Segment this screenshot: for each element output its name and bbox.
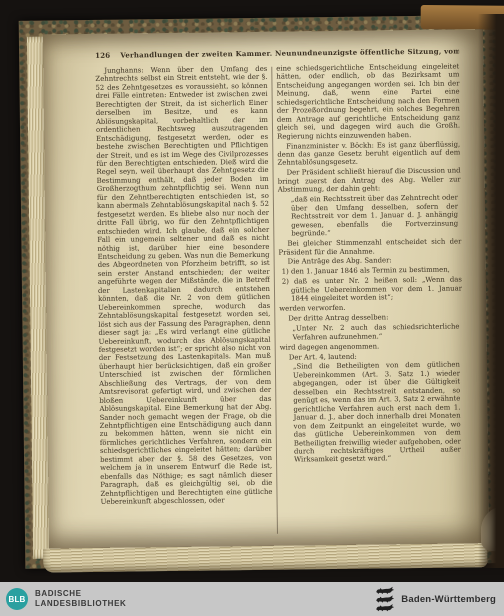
paragraph: wird dagegen angenommen. [280, 341, 463, 352]
paragraph: Finanzminister v. Böckh: Es ist ganz übe… [277, 140, 460, 168]
paragraph: werden verworfen. [279, 303, 462, 314]
page-header: 126 Verhandlungen der zweiten Kammer. Ne… [95, 46, 459, 59]
blb-logo-text: BLB [8, 595, 25, 604]
footer-bar: BLB BADISCHE LANDESBIBLIOTHEK Baden-Würt… [0, 582, 504, 616]
library-name-line2: LANDESBIBLIOTHEK [35, 599, 126, 609]
scanned-page: 126 Verhandlungen der zweiten Kammer. Ne… [43, 29, 489, 548]
library-name-line1: BADISCHE [35, 589, 126, 599]
paragraph: Die Anträge des Abg. Sander: [279, 256, 462, 267]
state-branding: Baden-Württemberg [375, 585, 496, 613]
paragraph: „daß ein Rechtsstreit über das Zehntrech… [291, 194, 459, 238]
paragraph: „Sind die Betheiligten von dem gütlichen… [293, 361, 461, 464]
paragraph: „Unter Nr. 2 auch das schiedsrichterlich… [292, 323, 459, 342]
text-columns: Junghanns: Wenn über den Umfang des Zehn… [95, 62, 465, 541]
library-name: BADISCHE LANDESBIBLIOTHEK [35, 589, 126, 609]
book: 126 Verhandlungen der zweiten Kammer. Ne… [0, 0, 504, 582]
blb-logo-icon: BLB [6, 588, 28, 610]
page-number: 126 [95, 51, 110, 60]
book-scan-photo: 126 Verhandlungen der zweiten Kammer. Ne… [0, 0, 504, 582]
digitized-book-page-view: 126 Verhandlungen der zweiten Kammer. Ne… [0, 0, 504, 616]
state-name: Baden-Württemberg [401, 594, 496, 605]
paragraph: 1) den 1. Januar 1846 als Termin zu best… [279, 266, 462, 277]
paragraph: Junghanns: Wenn über den Umfang des Zehn… [95, 65, 272, 507]
baden-wuerttemberg-coat-of-arms-icon [375, 585, 395, 613]
left-text-column: Junghanns: Wenn über den Umfang des Zehn… [95, 65, 273, 542]
paragraph: Der Präsident schließt hierauf die Discu… [278, 167, 461, 195]
paragraph: Bei gleicher Stimmenzahl entscheidet sic… [278, 238, 461, 257]
header-title: Verhandlungen der zweiten Kammer. Neunun… [120, 46, 459, 59]
right-text-column: eine schiedsgerichtliche Entscheidung ei… [276, 62, 465, 539]
paragraph: Der Art. 4, lautend: [280, 351, 463, 362]
paragraph: 2) daß es unter Nr. 2 heißen soll: „Wenn… [279, 276, 462, 304]
paragraph: Der dritte Antrag desselben: [279, 313, 462, 324]
paragraph: eine schiedsgerichtliche Entscheidung ei… [276, 62, 460, 140]
gutter-shadow [478, 14, 504, 568]
